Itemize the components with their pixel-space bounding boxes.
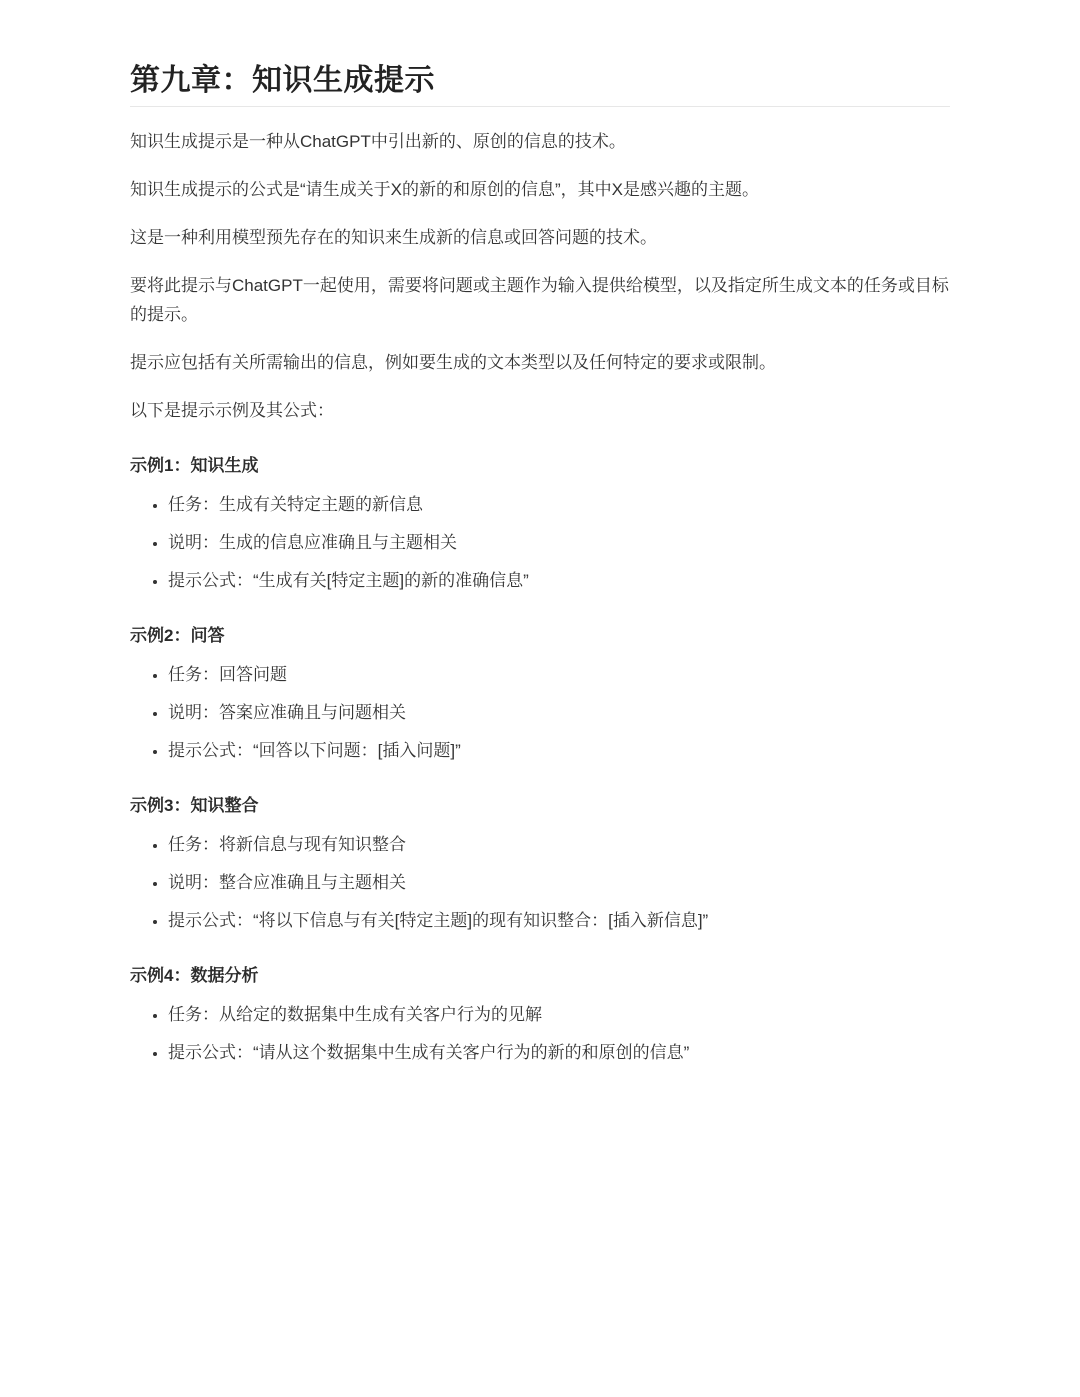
list-item: 说明：生成的信息应准确且与主题相关 [168,528,950,557]
list-item: 说明：整合应准确且与主题相关 [168,868,950,897]
intro-paragraph-6: 以下是提示示例及其公式： [130,396,950,425]
intro-paragraph-2: 知识生成提示的公式是“请生成关于X的新的和原创的信息”，其中X是感兴趣的主题。 [130,175,950,204]
example-1-list: 任务：生成有关特定主题的新信息 说明：生成的信息应准确且与主题相关 提示公式：“… [130,490,950,595]
example-3-list: 任务：将新信息与现有知识整合 说明：整合应准确且与主题相关 提示公式：“将以下信… [130,830,950,935]
example-3-heading: 示例3：知识整合 [130,791,950,820]
intro-paragraph-1: 知识生成提示是一种从ChatGPT中引出新的、原创的信息的技术。 [130,127,950,156]
example-4-list: 任务：从给定的数据集中生成有关客户行为的见解 提示公式：“请从这个数据集中生成有… [130,1000,950,1067]
list-item: 任务：从给定的数据集中生成有关客户行为的见解 [168,1000,950,1029]
list-item: 提示公式：“回答以下问题：[插入问题]” [168,736,950,765]
example-2-list: 任务：回答问题 说明：答案应准确且与问题相关 提示公式：“回答以下问题：[插入问… [130,660,950,765]
list-item: 任务：将新信息与现有知识整合 [168,830,950,859]
list-item: 提示公式：“将以下信息与有关[特定主题]的现有知识整合：[插入新信息]” [168,906,950,935]
document-page: 第九章：知识生成提示 知识生成提示是一种从ChatGPT中引出新的、原创的信息的… [0,0,1080,1067]
example-4-heading: 示例4：数据分析 [130,961,950,990]
page-title: 第九章：知识生成提示 [130,62,950,107]
list-item: 提示公式：“请从这个数据集中生成有关客户行为的新的和原创的信息” [168,1038,950,1067]
example-2-heading: 示例2：问答 [130,621,950,650]
intro-paragraph-4: 要将此提示与ChatGPT一起使用，需要将问题或主题作为输入提供给模型，以及指定… [130,271,950,329]
list-item: 提示公式：“生成有关[特定主题]的新的准确信息” [168,566,950,595]
list-item: 说明：答案应准确且与问题相关 [168,698,950,727]
example-1-heading: 示例1：知识生成 [130,451,950,480]
intro-paragraph-3: 这是一种利用模型预先存在的知识来生成新的信息或回答问题的技术。 [130,223,950,252]
intro-paragraph-5: 提示应包括有关所需输出的信息，例如要生成的文本类型以及任何特定的要求或限制。 [130,348,950,377]
list-item: 任务：回答问题 [168,660,950,689]
list-item: 任务：生成有关特定主题的新信息 [168,490,950,519]
